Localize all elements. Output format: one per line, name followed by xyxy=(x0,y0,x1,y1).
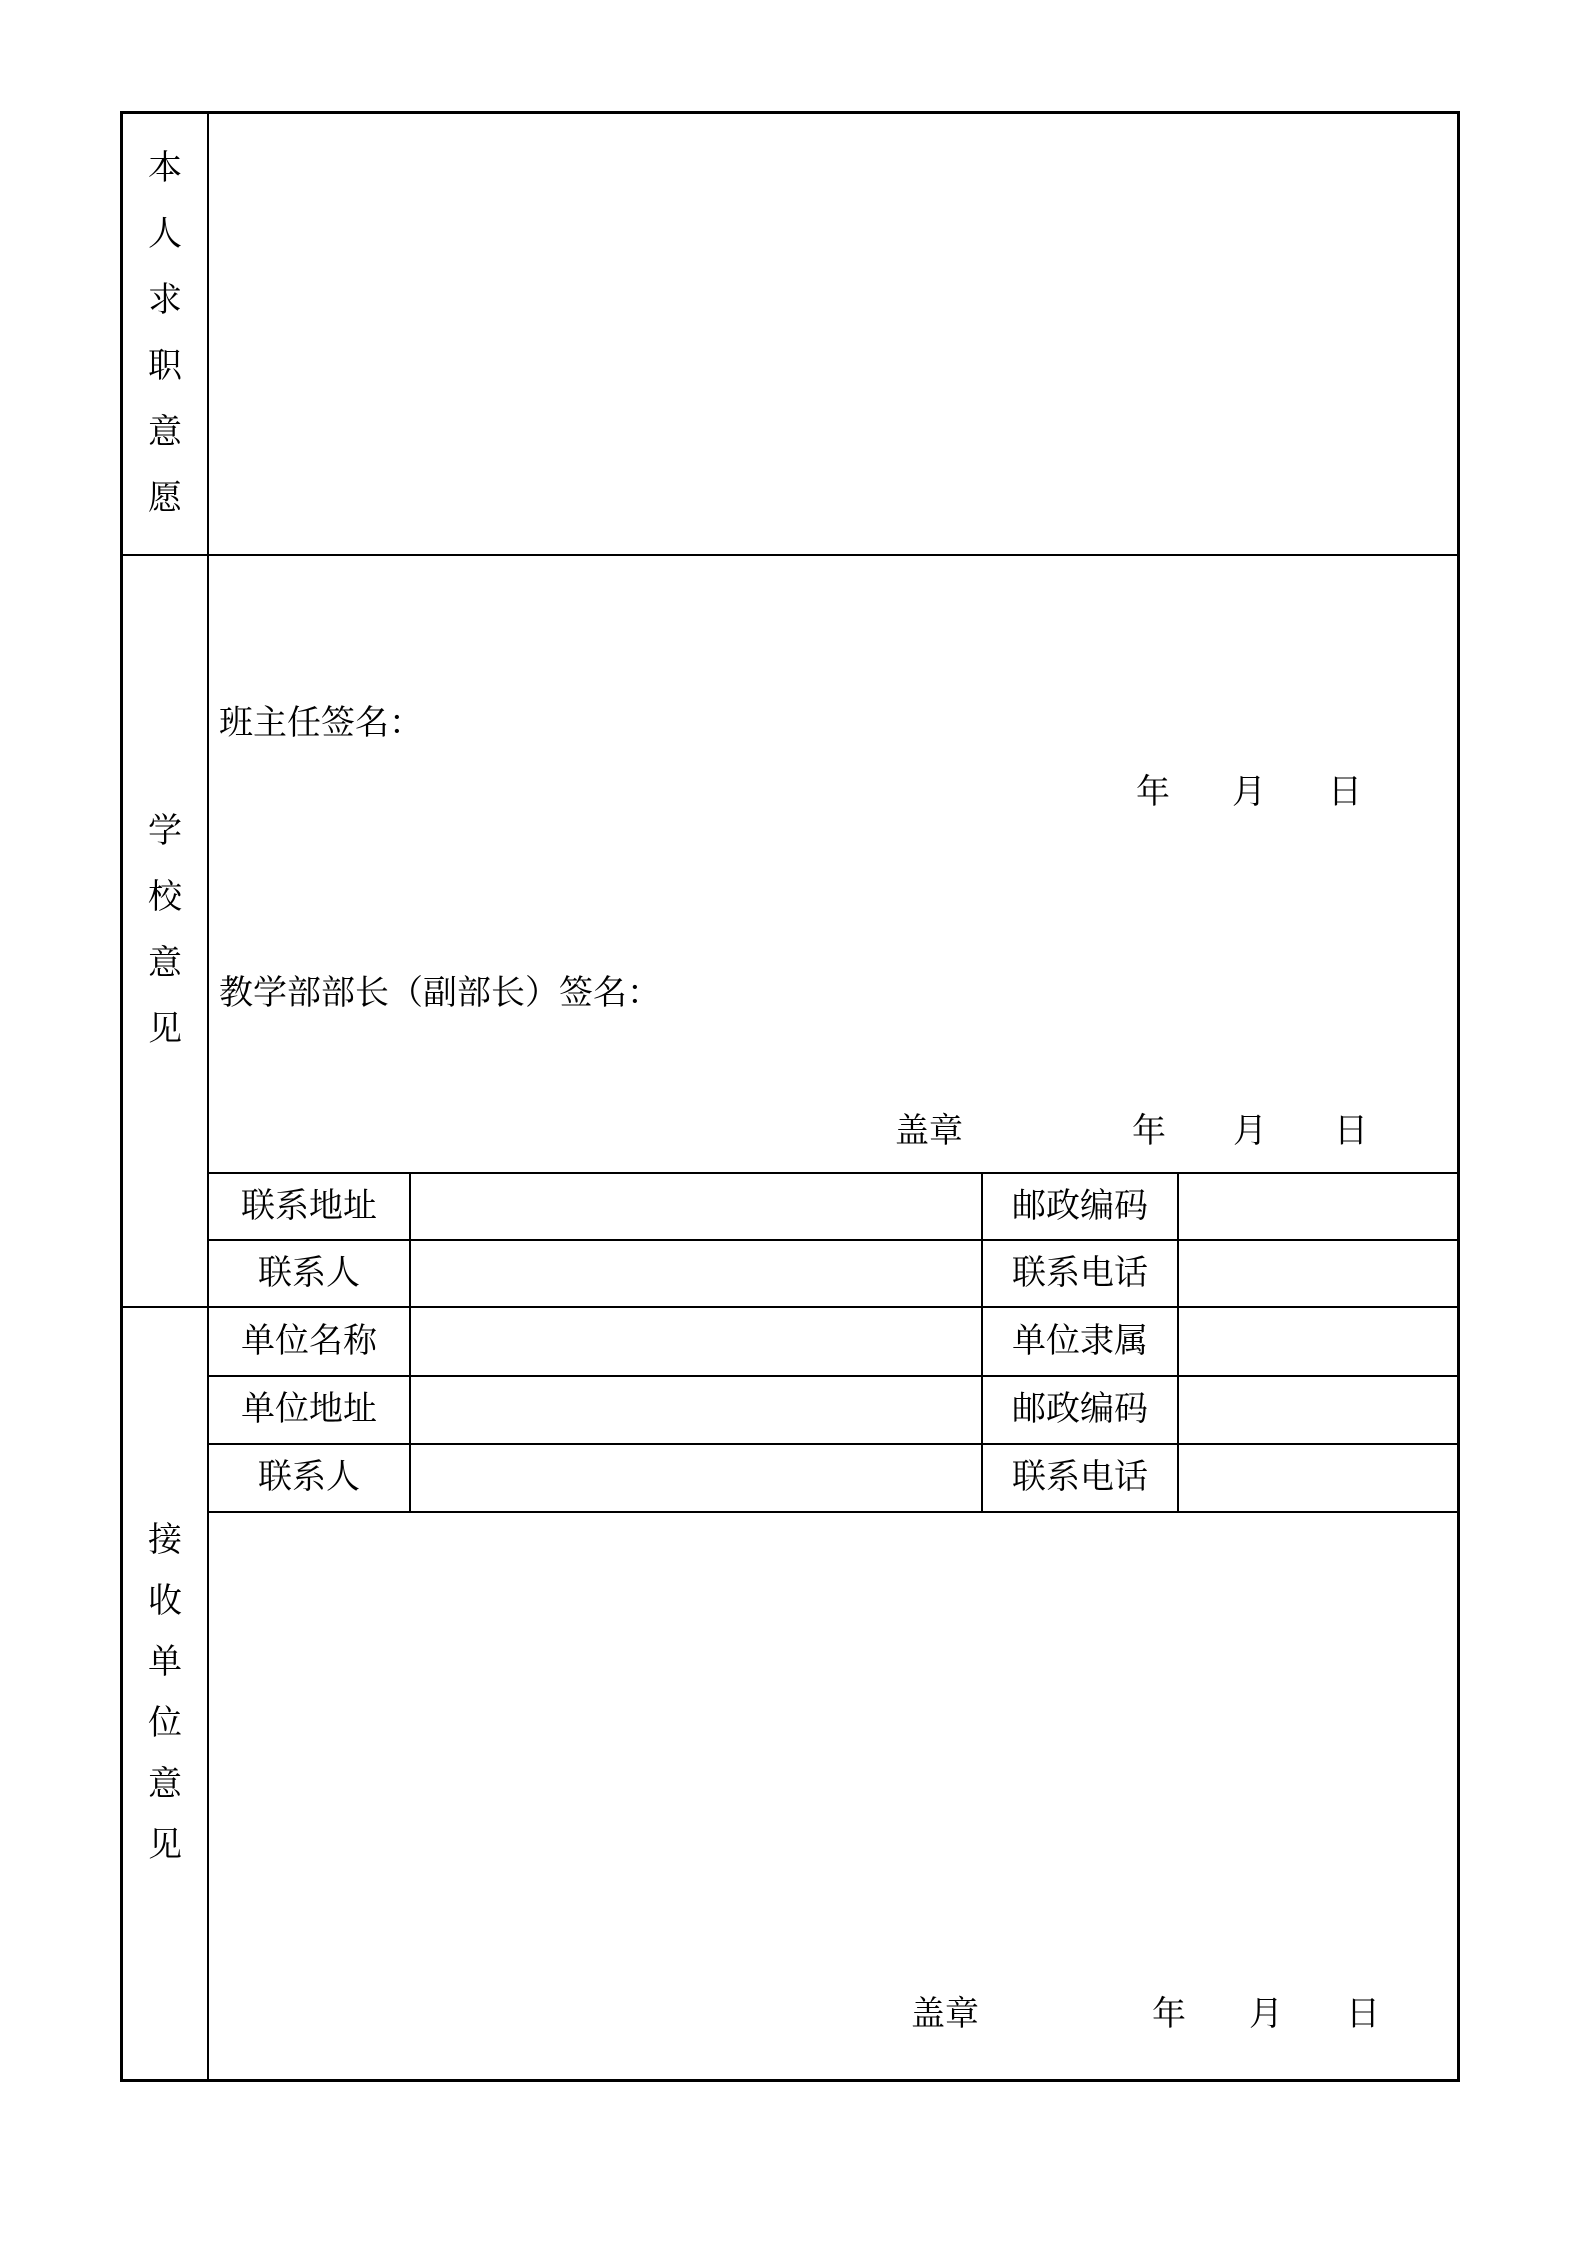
field-label-unit-affiliation: 单位隶属 xyxy=(983,1308,1177,1375)
self-intent-content-cell[interactable] xyxy=(209,114,1457,554)
field-label-contact-person: 联系人 xyxy=(209,1445,409,1511)
vertical-label-char: 见 xyxy=(148,1829,182,1863)
vertical-label-char: 愿 xyxy=(148,482,182,516)
date-day-label: 日 xyxy=(1328,773,1362,813)
date-month-label: 月 xyxy=(1249,1995,1283,2035)
field-label-contact-phone: 联系电话 xyxy=(983,1241,1177,1306)
receiving-opinion-cell[interactable]: 盖章 年 月 日 xyxy=(209,1513,1457,2079)
field-label-contact-person: 联系人 xyxy=(209,1241,409,1306)
field-value-postal-code[interactable] xyxy=(1179,1377,1457,1443)
date-day-label: 日 xyxy=(1334,1112,1368,1152)
field-label-postal-code: 邮政编码 xyxy=(983,1174,1177,1239)
dept-head-signature-label: 教学部部长（副部长）签名： xyxy=(219,974,661,1014)
field-label-contact-phone: 联系电话 xyxy=(983,1445,1177,1511)
field-label-contact-address: 联系地址 xyxy=(209,1174,409,1239)
field-label-unit-address: 单位地址 xyxy=(209,1377,409,1443)
school-stamp-label: 盖章 xyxy=(895,1112,963,1152)
field-value-contact-address[interactable] xyxy=(411,1174,981,1239)
field-value-unit-name[interactable] xyxy=(411,1308,981,1375)
vertical-label-char: 意 xyxy=(148,416,182,450)
date-year-label: 年 xyxy=(1136,773,1170,813)
date-year-label: 年 xyxy=(1152,1995,1186,2035)
teacher-signature-label: 班主任签名： xyxy=(219,704,423,744)
vertical-label-char: 单 xyxy=(148,1646,182,1680)
vertical-label-char: 校 xyxy=(148,881,182,915)
date-day-label: 日 xyxy=(1346,1995,1380,2035)
field-value-contact-person[interactable] xyxy=(411,1241,981,1306)
vertical-label-char: 学 xyxy=(148,815,182,849)
field-value-contact-phone[interactable] xyxy=(1179,1241,1457,1306)
school-opinion-cell[interactable]: 班主任签名： 年 月 日 教学部部长（副部长）签名： 盖章 年 月 日 xyxy=(209,556,1457,1172)
receiving-stamp-label: 盖章 xyxy=(911,1995,979,2035)
field-value-unit-affiliation[interactable] xyxy=(1179,1308,1457,1375)
date-line: 年 月 日 xyxy=(1152,1995,1380,2035)
field-label-unit-name: 单位名称 xyxy=(209,1308,409,1375)
vertical-label-char: 职 xyxy=(148,350,182,384)
field-value-unit-address[interactable] xyxy=(411,1377,981,1443)
date-month-label: 月 xyxy=(1232,773,1266,813)
vertical-label-char: 收 xyxy=(148,1585,182,1619)
date-month-label: 月 xyxy=(1233,1112,1267,1152)
field-value-contact-phone[interactable] xyxy=(1179,1445,1457,1511)
vertical-label-char: 意 xyxy=(148,1768,182,1802)
section-label-receiving-unit-opinion: 接 收 单 位 意 见 xyxy=(123,1308,207,2079)
vertical-label-char: 接 xyxy=(148,1524,182,1558)
document-page: 本 人 求 职 意 愿 学 校 意 见 班主任签名： 年 月 日 教学部部长（副… xyxy=(0,0,1587,2245)
vertical-label-char: 本 xyxy=(148,152,182,186)
section-label-self-intent: 本 人 求 职 意 愿 xyxy=(123,114,207,554)
date-line: 年 月 日 xyxy=(1136,773,1362,813)
date-line: 年 月 日 xyxy=(1132,1112,1368,1152)
vertical-label-char: 位 xyxy=(148,1707,182,1741)
vertical-label-char: 求 xyxy=(148,284,182,318)
section-label-school-opinion: 学 校 意 见 xyxy=(123,556,207,1306)
vertical-label-char: 人 xyxy=(148,218,182,252)
application-form-table: 本 人 求 职 意 愿 学 校 意 见 班主任签名： 年 月 日 教学部部长（副… xyxy=(120,111,1460,2082)
field-value-contact-person[interactable] xyxy=(411,1445,981,1511)
date-year-label: 年 xyxy=(1132,1112,1166,1152)
field-value-postal-code[interactable] xyxy=(1179,1174,1457,1239)
vertical-label-char: 见 xyxy=(148,1013,182,1047)
field-label-postal-code: 邮政编码 xyxy=(983,1377,1177,1443)
vertical-label-char: 意 xyxy=(148,947,182,981)
